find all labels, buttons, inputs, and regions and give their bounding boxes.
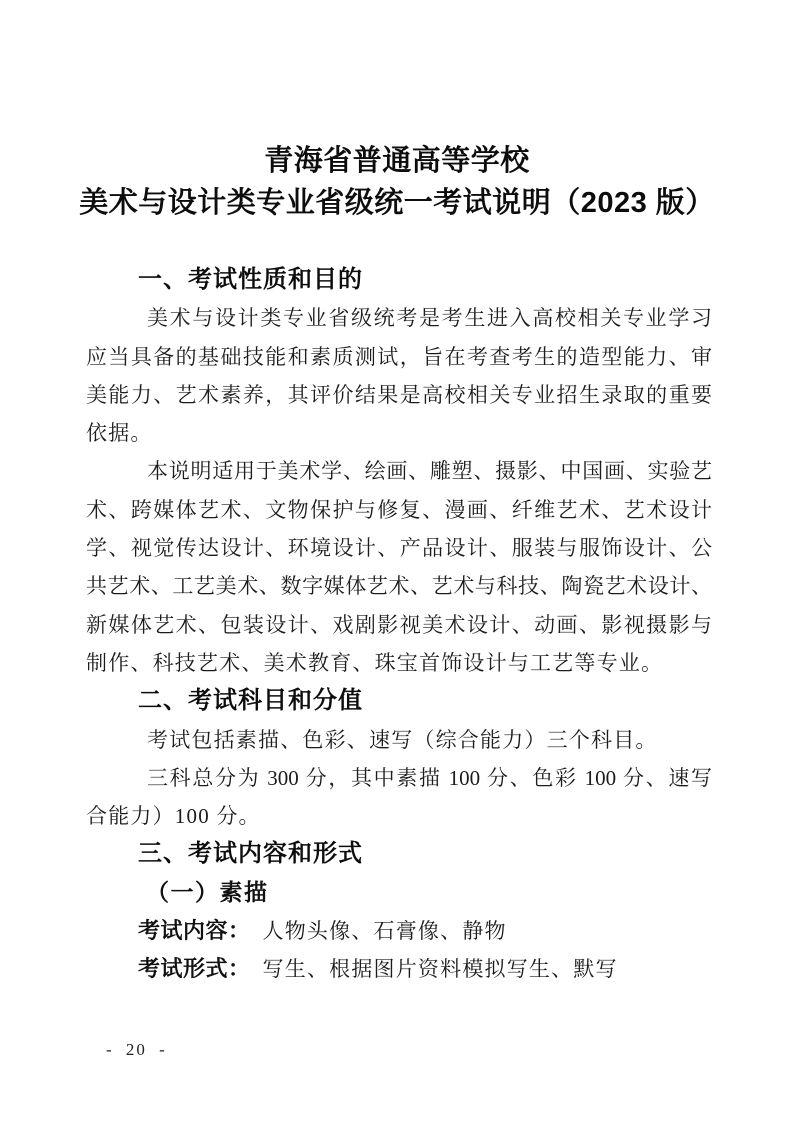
paragraph-line: 制作、科技艺术、美术教育、珠宝首饰设计与工艺等专业。 — [86, 644, 712, 682]
paragraph-line: 考试包括素描、色彩、速写（综合能力）三个科目。 — [86, 721, 712, 759]
document-title-line-2: 美术与设计类专业省级统一考试说明（2023 版） — [0, 182, 794, 224]
paragraph-line: 美术与设计类专业省级统考是考生进入高校相关专业学习 — [86, 299, 712, 337]
paragraph: 美术与设计类专业省级统考是考生进入高校相关专业学习应当具备的基础技能和素质测试，… — [86, 299, 712, 452]
paragraph-line: 依据。 — [86, 414, 712, 452]
document-title: 青海省普通高等学校 美术与设计类专业省级统一考试说明（2023 版） — [0, 0, 794, 224]
paragraph-line: 应当具备的基础技能和素质测试，旨在考查考生的造型能力、审 — [86, 338, 712, 376]
paragraph-line: 三科总分为 300 分，其中素描 100 分、色彩 100 分、速写（综 — [86, 759, 712, 797]
page-footer: - 20 - — [106, 1040, 167, 1060]
paragraph: 本说明适用于美术学、绘画、雕塑、摄影、中国画、实验艺术、跨媒体艺术、文物保护与修… — [86, 452, 712, 682]
paragraph-line: 共艺术、工艺美术、数字媒体艺术、艺术与科技、陶瓷艺术设计、 — [86, 567, 712, 605]
paragraph: 三科总分为 300 分，其中素描 100 分、色彩 100 分、速写（综合能力）… — [86, 759, 712, 836]
labeled-line: 考试内容：人物头像、石膏像、静物 — [86, 912, 712, 950]
paragraph: 考试包括素描、色彩、速写（综合能力）三个科目。 — [86, 721, 712, 759]
section-heading-3: 三、考试内容和形式 — [86, 835, 712, 873]
labeled-line: 考试形式：写生、根据图片资料模拟写生、默写 — [86, 950, 712, 988]
field-label: 考试内容： — [138, 918, 251, 943]
paragraph-line: 本说明适用于美术学、绘画、雕塑、摄影、中国画、实验艺 — [86, 452, 712, 490]
section-heading-1: 一、考试性质和目的 — [86, 261, 712, 299]
page-number: - 20 - — [106, 1040, 167, 1059]
field-value: 人物头像、石膏像、静物 — [263, 919, 507, 943]
paragraph-line: 术、跨媒体艺术、文物保护与修复、漫画、纤维艺术、艺术设计 — [86, 491, 712, 529]
paragraph-line: 新媒体艺术、包装设计、戏剧影视美术设计、动画、影视摄影与 — [86, 606, 712, 644]
document-title-line-1: 青海省普通高等学校 — [0, 140, 794, 182]
section-heading-2: 二、考试科目和分值 — [86, 682, 712, 720]
document-content: 一、考试性质和目的美术与设计类专业省级统考是考生进入高校相关专业学习应当具备的基… — [86, 261, 712, 989]
subsection-heading: （一）素描 — [86, 874, 712, 912]
paragraph-line: 学、视觉传达设计、环境设计、产品设计、服装与服饰设计、公 — [86, 529, 712, 567]
paragraph-line: 合能力）100 分。 — [86, 797, 712, 835]
field-label: 考试形式： — [138, 956, 251, 981]
document-page: 青海省普通高等学校 美术与设计类专业省级统一考试说明（2023 版） 一、考试性… — [0, 0, 794, 1123]
field-value: 写生、根据图片资料模拟写生、默写 — [263, 957, 618, 981]
paragraph-line: 美能力、艺术素养，其评价结果是高校相关专业招生录取的重要 — [86, 376, 712, 414]
